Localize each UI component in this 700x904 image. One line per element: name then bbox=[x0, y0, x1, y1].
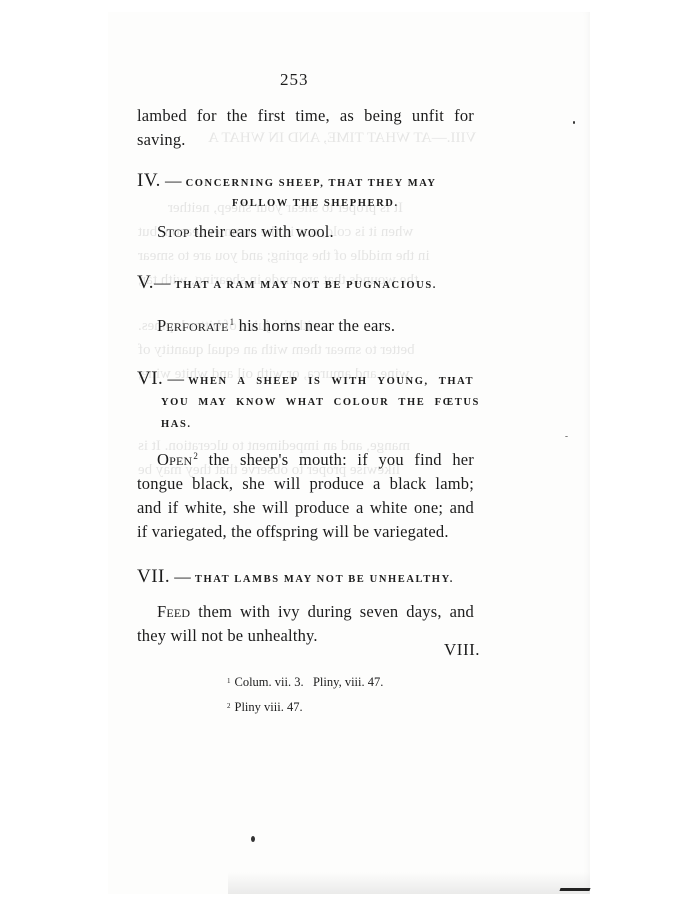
heading-text: FOLLOW THE SHEPHERD. bbox=[232, 198, 399, 209]
text-line: lambed for the first time, as being unfi… bbox=[137, 104, 474, 128]
section-numeral: IV. bbox=[137, 170, 161, 191]
heading-dash: — bbox=[174, 567, 191, 586]
section-numeral: VI. bbox=[137, 368, 163, 389]
heading-text: HAS. bbox=[161, 419, 192, 430]
page-edge-shadow bbox=[559, 888, 590, 891]
lead-word-text: Stop bbox=[157, 222, 190, 241]
text-line: tongue black, she will produce a black l… bbox=[137, 472, 474, 496]
scan-speck bbox=[573, 121, 575, 124]
show-through-text: in the middle of the spring; and you are… bbox=[138, 248, 430, 265]
catchword: VIII. bbox=[444, 640, 480, 660]
lead-word: Stop bbox=[157, 222, 190, 241]
paragraph-text: the sheep's mouth: if you find her bbox=[198, 450, 474, 469]
paragraph-text: their ears with wool. bbox=[190, 222, 334, 241]
scan-speck bbox=[565, 436, 568, 437]
page-number: 253 bbox=[280, 70, 309, 90]
lead-word: Perforate bbox=[157, 316, 229, 335]
footnotes: 1Colum. vii. 3. Pliny, viii. 47. 2Pliny … bbox=[226, 669, 383, 719]
text-line: they will not be unhealthy. bbox=[137, 624, 474, 648]
footnote-mark: 1 bbox=[227, 677, 231, 685]
section-heading-vi-line3: HAS. bbox=[161, 412, 192, 432]
section-numeral: VII. bbox=[137, 566, 170, 587]
heading-dash: — bbox=[167, 369, 184, 388]
section-heading-vi-line2: YOU MAY KNOW WHAT COLOUR THE FŒTUS bbox=[161, 390, 480, 410]
show-through-text: better to smear them with an equal quant… bbox=[138, 342, 415, 359]
heading-dash: — bbox=[165, 171, 182, 190]
footnote: 1Colum. vii. 3. Pliny, viii. 47. bbox=[226, 669, 383, 694]
section-heading-v: V.— THAT A RAM MAY NOT BE PUGNACIOUS. bbox=[137, 272, 437, 294]
section-numeral: V. bbox=[137, 272, 154, 293]
section-vi-paragraph: Open2 the sheep's mouth: if you find her… bbox=[137, 444, 474, 544]
section-heading-iv: IV. — CONCERNING SHEEP, THAT THEY MAY bbox=[137, 170, 437, 192]
footnote-text: Pliny viii. 47. bbox=[235, 700, 303, 714]
heading-text: THAT LAMBS MAY NOT BE UNHEALTHY. bbox=[195, 574, 454, 585]
text-line: saving. bbox=[137, 128, 474, 152]
heading-text: THAT A RAM MAY NOT BE PUGNACIOUS. bbox=[175, 280, 437, 291]
section-heading-vii: VII. — THAT LAMBS MAY NOT BE UNHEALTHY. bbox=[137, 566, 454, 588]
text-line: and if white, she will produce a white o… bbox=[137, 496, 474, 520]
paragraph-text: them with ivy during seven days, and bbox=[190, 602, 474, 621]
section-vii-paragraph: Feed them with ivy during seven days, an… bbox=[137, 600, 474, 648]
heading-text: YOU MAY KNOW WHAT COLOUR THE FŒTUS bbox=[161, 397, 480, 408]
section-iv-paragraph: Stop their ears with wool. bbox=[157, 220, 334, 244]
footnote-mark: 2 bbox=[227, 702, 231, 710]
continuation-paragraph: lambed for the first time, as being unfi… bbox=[137, 104, 474, 152]
lead-word: Feed bbox=[157, 602, 190, 621]
text-line: Feed them with ivy during seven days, an… bbox=[137, 600, 474, 624]
paragraph-text: his horns near the ears. bbox=[234, 316, 395, 335]
lead-word: Open bbox=[157, 450, 192, 469]
section-heading-iv-line2: FOLLOW THE SHEPHERD. bbox=[232, 191, 399, 211]
text-line: if variegated, the offspring will be var… bbox=[137, 520, 474, 544]
heading-text: WHEN A SHEEP IS WITH YOUNG, THAT bbox=[188, 376, 474, 387]
scan-speck bbox=[251, 836, 255, 842]
footnote: 2Pliny viii. 47. bbox=[226, 694, 383, 719]
section-heading-vi: VI. — WHEN A SHEEP IS WITH YOUNG, THAT bbox=[137, 368, 474, 390]
heading-text: CONCERNING SHEEP, THAT THEY MAY bbox=[186, 178, 437, 189]
footnote-text: Colum. vii. 3. Pliny, viii. 47. bbox=[235, 675, 384, 689]
section-v-paragraph: Perforate1 his horns near the ears. bbox=[157, 310, 395, 338]
text-line: Open2 the sheep's mouth: if you find her bbox=[137, 444, 474, 472]
heading-dash: — bbox=[154, 273, 171, 292]
